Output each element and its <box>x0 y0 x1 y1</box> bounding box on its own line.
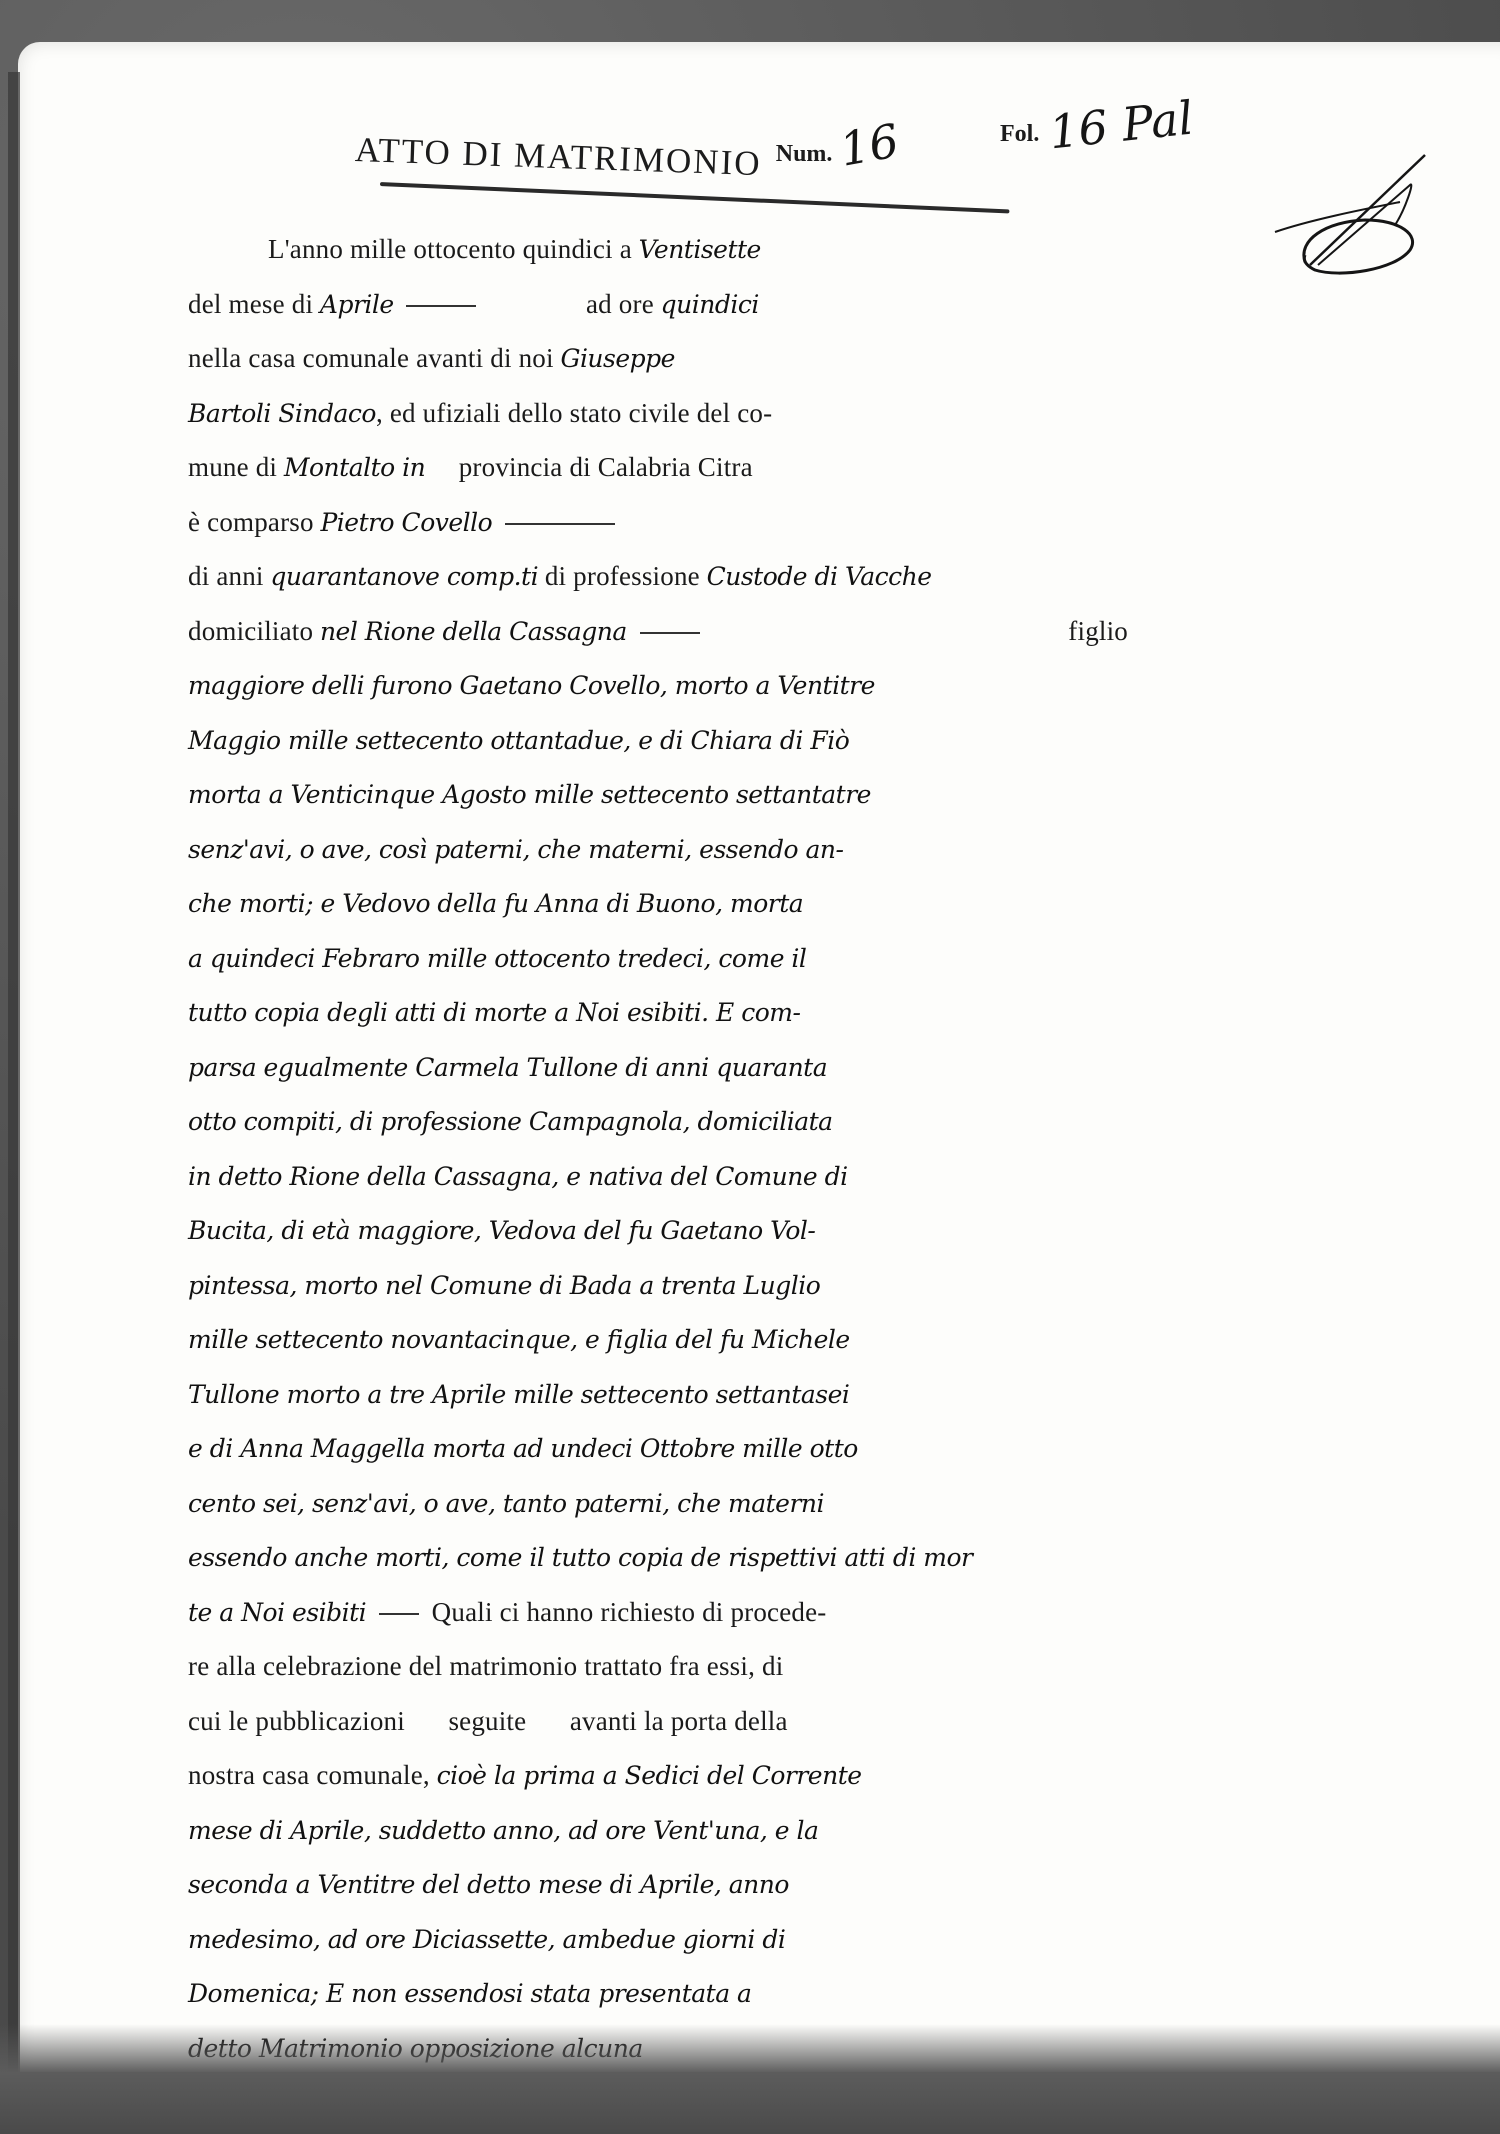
handwritten-groom-residence: nel Rione della Cassagna <box>320 617 627 646</box>
folio-value: 16 Pal <box>1047 91 1196 160</box>
handwritten-text: mese di Aprile, suddetto anno, ad ore Ve… <box>188 1816 818 1845</box>
printed-text: domiciliato <box>188 616 313 646</box>
handwritten-groom-name: Pietro Covello <box>320 508 492 537</box>
text-line: Domenica; E non essendosi stata presenta… <box>188 1966 1188 2021</box>
text-line: parsa egualmente Carmela Tullone di anni… <box>188 1040 1188 1095</box>
text-line: del mese di Aprile ad ore quindici <box>188 277 1188 332</box>
printed-text: avanti la porta della <box>570 1706 788 1736</box>
printed-text: L'anno mille ottocento quindici a <box>268 234 632 264</box>
printed-text: Quali ci hanno richiesto di procede- <box>432 1597 827 1627</box>
text-line: tutto copia degli atti di morte a Noi es… <box>188 985 1188 1040</box>
text-line: mune di Montalto in provincia di Calabri… <box>188 440 1188 495</box>
printed-text: nella casa comunale avanti di noi <box>188 343 554 373</box>
handwritten-text: morta a Venticinque Agosto mille settece… <box>188 780 871 809</box>
handwritten-text: Maggio mille settecento ottantadue, e di… <box>188 726 849 755</box>
text-line: re alla celebrazione del matrimonio trat… <box>188 1639 1188 1694</box>
text-line: di anni quarantanove comp.ti di professi… <box>188 549 1188 604</box>
handwritten-text: cento sei, senz'avi, o ave, tanto patern… <box>188 1489 824 1518</box>
printed-text: figlio <box>1068 604 1128 659</box>
text-line: che morti; e Vedovo della fu Anna di Buo… <box>188 876 1188 931</box>
text-line: a quindeci Febraro mille ottocento trede… <box>188 931 1188 986</box>
handwritten-text: senz'avi, o ave, così paterni, che mater… <box>188 835 843 864</box>
handwritten-mayor-name: Bartoli Sindaco <box>188 399 376 428</box>
text-line: otto compiti, di professione Campagnola,… <box>188 1094 1188 1149</box>
text-line: mille settecento novantacinque, e figlia… <box>188 1312 1188 1367</box>
text-line: pintessa, morto nel Comune di Bada a tre… <box>188 1258 1188 1313</box>
text-line: mese di Aprile, suddetto anno, ad ore Ve… <box>188 1803 1188 1858</box>
fill-line <box>406 305 476 307</box>
handwritten-mayor-first-name: Giuseppe <box>560 344 675 373</box>
handwritten-text: maggiore delli furono Gaetano Covello, m… <box>188 671 875 700</box>
printed-text: nostra casa comunale, <box>188 1760 430 1790</box>
fill-line <box>379 1613 419 1615</box>
handwritten-text: mille settecento novantacinque, e figlia… <box>188 1325 850 1354</box>
text-line: L'anno mille ottocento quindici a Ventis… <box>188 222 1188 277</box>
handwritten-text: e di Anna Maggella morta ad undeci Ottob… <box>188 1434 858 1463</box>
handwritten-text: seconda a Ventitre del detto mese di Apr… <box>188 1870 789 1899</box>
handwritten-text: a quindeci Febraro mille ottocento trede… <box>188 944 806 973</box>
handwritten-text: tutto copia degli atti di morte a Noi es… <box>188 998 800 1027</box>
printed-text: cui le pubblicazioni <box>188 1706 405 1736</box>
printed-text: è comparso <box>188 507 314 537</box>
printed-text: di anni <box>188 561 264 591</box>
handwritten-day: Ventisette <box>639 235 761 264</box>
printed-text: ad ore <box>586 289 654 319</box>
text-line: Tullone morto a tre Aprile mille settece… <box>188 1367 1188 1422</box>
handwritten-groom-age: quarantanove comp.ti <box>270 562 538 591</box>
handwritten-groom-profession: Custode di Vacche <box>707 562 932 591</box>
printed-text: re alla celebrazione del matrimonio trat… <box>188 1651 783 1681</box>
handwritten-text: Tullone morto a tre Aprile mille settece… <box>188 1380 849 1409</box>
record-number-value: 16 <box>836 113 903 176</box>
text-line: è comparso Pietro Covello <box>188 495 1188 550</box>
text-line: cento sei, senz'avi, o ave, tanto patern… <box>188 1476 1188 1531</box>
text-line: nella casa comunale avanti di noi Giusep… <box>188 331 1188 386</box>
printed-text: provincia di Calabria Citra <box>459 452 753 482</box>
text-line: domiciliato nel Rione della Cassagna fig… <box>188 604 1188 659</box>
handwritten-text: parsa egualmente Carmela Tullone di anni… <box>188 1053 827 1082</box>
handwritten-text: otto compiti, di professione Campagnola,… <box>188 1107 833 1136</box>
scan-bottom-edge <box>0 2024 1500 2134</box>
text-line: morta a Venticinque Agosto mille settece… <box>188 767 1188 822</box>
text-line: Maggio mille settecento ottantadue, e di… <box>188 713 1188 768</box>
handwritten-text: Domenica; E non essendosi stata presenta… <box>188 1979 751 2008</box>
printed-text: di professione <box>545 561 700 591</box>
text-line: maggiore delli furono Gaetano Covello, m… <box>188 658 1188 713</box>
record-number-label: Num. <box>776 141 833 168</box>
text-line: e di Anna Maggella morta ad undeci Ottob… <box>188 1421 1188 1476</box>
printed-text: mune di <box>188 452 277 482</box>
handwritten-text: in detto Rione della Cassagna, e nativa … <box>188 1162 848 1191</box>
fill-line <box>505 523 615 525</box>
handwritten-text: che morti; e Vedovo della fu Anna di Buo… <box>188 889 803 918</box>
text-line: nostra casa comunale, cioè la prima a Se… <box>188 1748 1188 1803</box>
handwritten-text: cioè la prima a Sedici del Corrente <box>437 1761 862 1790</box>
handwritten-text: essendo anche morti, come il tutto copia… <box>188 1543 973 1572</box>
handwritten-month: Aprile <box>320 290 394 319</box>
handwritten-text: medesimo, ad ore Diciassette, ambedue gi… <box>188 1925 785 1954</box>
text-line: essendo anche morti, come il tutto copia… <box>188 1530 1188 1585</box>
text-line: Bucita, di età maggiore, Vedova del fu G… <box>188 1203 1188 1258</box>
printed-text: del mese di <box>188 289 313 319</box>
folio-annotation: Fol. 16 Pal <box>1000 98 1194 152</box>
document-body: L'anno mille ottocento quindici a Ventis… <box>188 222 1188 2075</box>
printed-text: seguite <box>448 1706 526 1736</box>
printed-text: , ed ufiziali dello stato civile del co- <box>376 398 772 428</box>
text-line: cui le pubblicazioni seguite avanti la p… <box>188 1694 1188 1749</box>
paraph-signature-icon <box>1270 150 1450 290</box>
folio-label: Fol. <box>1000 121 1039 148</box>
text-line: in detto Rione della Cassagna, e nativa … <box>188 1149 1188 1204</box>
text-line: senz'avi, o ave, così paterni, che mater… <box>188 822 1188 877</box>
text-line: Bartoli Sindaco, ed ufiziali dello stato… <box>188 386 1188 441</box>
handwritten-text: Bucita, di età maggiore, Vedova del fu G… <box>188 1216 815 1245</box>
handwritten-commune: Montalto in <box>284 453 425 482</box>
text-line: te a Noi esibiti Quali ci hanno richiest… <box>188 1585 1188 1640</box>
handwritten-text: te a Noi esibiti <box>188 1598 366 1627</box>
text-line: seconda a Ventitre del detto mese di Apr… <box>188 1857 1188 1912</box>
text-line: medesimo, ad ore Diciassette, ambedue gi… <box>188 1912 1188 1967</box>
fill-line <box>640 632 700 634</box>
document-header: ATTO DI MATRIMONIO Num. 16 <box>355 118 899 172</box>
handwritten-text: pintessa, morto nel Comune di Bada a tre… <box>188 1271 820 1300</box>
handwritten-hour: quindici <box>661 290 759 319</box>
